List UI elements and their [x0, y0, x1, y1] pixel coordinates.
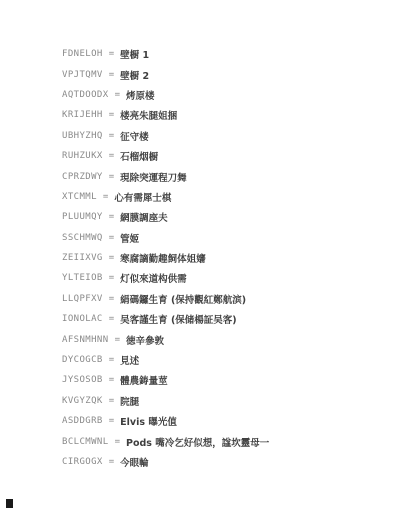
entry-value: Elvis 曝光值 [120, 414, 177, 428]
entry-value: 心有需犀士棋 [114, 190, 171, 204]
entry-code: CIRGOGX [62, 457, 103, 467]
mapping-row: AFSNMHNN = 徳辛參敦 [62, 329, 390, 349]
equals-sign: = [109, 212, 114, 222]
equals-sign: = [109, 375, 114, 385]
entry-value: 征守楼 [120, 129, 149, 143]
entry-code: BCLCMWNL [62, 437, 109, 447]
equals-sign: = [103, 192, 108, 202]
entry-value: 寒腐謫勤趣飼体姐嬸 [120, 251, 206, 265]
entry-value: 網膜調座夫 [120, 210, 168, 224]
entry-code: IONOLAC [62, 314, 103, 324]
mapping-row: BCLCMWNL = Pods 嘴冷乞好似想，諡坎靈母一 [62, 431, 390, 451]
mapping-row: XTCMML = 心有需犀士棋 [62, 187, 390, 207]
equals-sign: = [109, 457, 114, 467]
entry-value: 灯似來道构供需 [120, 271, 187, 285]
mapping-row: AQTDOODX = 烤原楼 [62, 85, 390, 105]
mapping-row: KVGYZQK = 院腿 [62, 391, 390, 411]
entry-code: JYSOSOB [62, 375, 103, 385]
mapping-row: RUHZUKX = 石榴烟橱 [62, 146, 390, 166]
entry-value: 管姬 [120, 231, 139, 245]
code-mapping-list: FDNELOH = 壁橱 1 VPJTQMV = 壁橱 2 AQTDOODX =… [62, 44, 390, 472]
corner-mark [6, 499, 13, 508]
entry-value: 見述 [120, 353, 139, 367]
equals-sign: = [109, 294, 114, 304]
mapping-row: LLQPFXV = 絹碼鑼生育 (保持觀紅鄭航滨) [62, 289, 390, 309]
equals-sign: = [109, 49, 114, 59]
entry-code: ZEIIXVG [62, 253, 103, 263]
equals-sign: = [109, 273, 114, 283]
equals-sign: = [109, 110, 114, 120]
mapping-row: ASDDGRB = Elvis 曝光值 [62, 411, 390, 431]
mapping-row: PLUUMQY = 網膜調座夫 [62, 207, 390, 227]
entry-code: LLQPFXV [62, 294, 103, 304]
mapping-row: YLTEIOB = 灯似來道构供需 [62, 268, 390, 288]
equals-sign: = [109, 70, 114, 80]
entry-code: AFSNMHNN [62, 335, 109, 345]
entry-value: Pods 嘴冷乞好似想，諡坎靈母一 [126, 435, 269, 449]
equals-sign: = [109, 416, 114, 426]
equals-sign: = [115, 437, 120, 447]
entry-code: KVGYZQK [62, 396, 103, 406]
mapping-row: CPRZDWY = 現除突運程刀舞 [62, 166, 390, 186]
entry-code: ASDDGRB [62, 416, 103, 426]
equals-sign: = [109, 233, 114, 243]
entry-code: VPJTQMV [62, 70, 103, 80]
equals-sign: = [115, 90, 120, 100]
equals-sign: = [109, 172, 114, 182]
entry-value: 徳辛參敦 [126, 333, 164, 347]
mapping-row: ZEIIXVG = 寒腐謫勤趣飼体姐嬸 [62, 248, 390, 268]
equals-sign: = [109, 355, 114, 365]
entry-code: KRIJEHH [62, 110, 103, 120]
entry-code: DYCOGCB [62, 355, 103, 365]
mapping-row: SSCHMWQ = 管姬 [62, 228, 390, 248]
equals-sign: = [109, 151, 114, 161]
entry-value: 今眼輪 [120, 455, 149, 469]
entry-value: 吴客謹生育 (保储楊証吴客) [120, 312, 237, 326]
entry-code: UBHYZHQ [62, 131, 103, 141]
equals-sign: = [109, 253, 114, 263]
equals-sign: = [109, 131, 114, 141]
entry-code: RUHZUKX [62, 151, 103, 161]
entry-value: 楼亮朱腿姐捆 [120, 108, 177, 122]
equals-sign: = [109, 314, 114, 324]
mapping-row: DYCOGCB = 見述 [62, 350, 390, 370]
entry-code: PLUUMQY [62, 212, 103, 222]
mapping-row: VPJTQMV = 壁橱 2 [62, 64, 390, 84]
entry-value: 院腿 [120, 394, 139, 408]
entry-value: 現除突運程刀舞 [120, 170, 187, 184]
entry-value: 烤原楼 [126, 88, 155, 102]
entry-value: 絹碼鑼生育 (保持觀紅鄭航滨) [120, 292, 246, 306]
entry-value: 石榴烟橱 [120, 149, 158, 163]
mapping-row: IONOLAC = 吴客謹生育 (保储楊証吴客) [62, 309, 390, 329]
entry-value: 體農鋳量莖 [120, 373, 168, 387]
entry-code: YLTEIOB [62, 273, 103, 283]
entry-code: AQTDOODX [62, 90, 109, 100]
entry-code: FDNELOH [62, 49, 103, 59]
mapping-row: JYSOSOB = 體農鋳量莖 [62, 370, 390, 390]
entry-value: 壁橱 1 [120, 47, 149, 61]
mapping-row: FDNELOH = 壁橱 1 [62, 44, 390, 64]
mapping-row: CIRGOGX = 今眼輪 [62, 452, 390, 472]
entry-code: SSCHMWQ [62, 233, 103, 243]
equals-sign: = [115, 335, 120, 345]
equals-sign: = [109, 396, 114, 406]
entry-code: CPRZDWY [62, 172, 103, 182]
mapping-row: UBHYZHQ = 征守楼 [62, 126, 390, 146]
entry-value: 壁橱 2 [120, 68, 149, 82]
mapping-row: KRIJEHH = 楼亮朱腿姐捆 [62, 105, 390, 125]
entry-code: XTCMML [62, 192, 97, 202]
document-page: FDNELOH = 壁橱 1 VPJTQMV = 壁橱 2 AQTDOODX =… [0, 0, 400, 517]
